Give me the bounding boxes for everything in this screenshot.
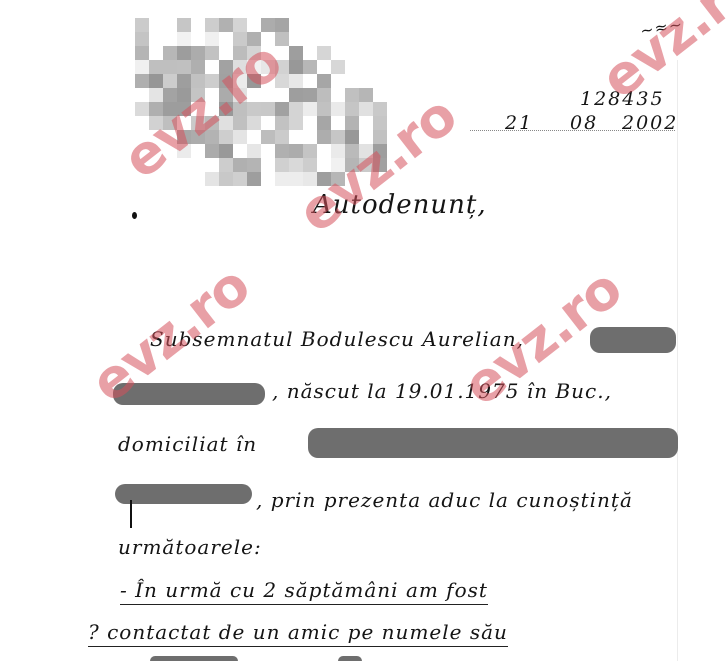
date-month: 08 [570,112,598,134]
pixel-cell [135,32,149,46]
pixel-cell [219,74,233,88]
pixel-cell [275,74,289,88]
pixel-cell [219,130,233,144]
pixel-cell [135,60,149,74]
redaction-name-continuation [590,327,676,353]
pixel-cell [247,144,261,158]
pixel-cell [275,32,289,46]
redaction-address-line-2 [115,484,252,504]
pixel-cell [163,88,177,102]
registration-number: 128435 [580,88,665,110]
pixel-cell [219,60,233,74]
pixel-cell [233,32,247,46]
pixel-cell [205,116,219,130]
pixel-cell [275,60,289,74]
pixel-cell [345,116,359,130]
pixel-cell [303,60,317,74]
pixel-cell [303,158,317,172]
pixel-cell [275,144,289,158]
redaction-bottom-1 [150,656,238,661]
pixel-cell [289,88,303,102]
date-year: 2002 [622,112,678,134]
pixel-cell [373,130,387,144]
pixel-cell [345,102,359,116]
pixel-cell [219,172,233,186]
pixel-cell [317,130,331,144]
pixel-cell [247,46,261,60]
pixel-cell [191,88,205,102]
pixel-cell [373,102,387,116]
pixel-cell [247,116,261,130]
pixel-cell [359,144,373,158]
pixel-cell [275,102,289,116]
pixel-cell [163,74,177,88]
pixel-cell [205,46,219,60]
pixel-cell [163,46,177,60]
pixel-cell [135,46,149,60]
pixelated-redaction-header [135,18,385,188]
pixel-cell [373,158,387,172]
pixel-cell [317,74,331,88]
pixel-cell [303,172,317,186]
pixel-cell [359,88,373,102]
pixel-cell [289,116,303,130]
statement-line-4: , prin prezenta aduc la cunoștință [256,488,633,512]
pixel-cell [261,60,275,74]
pixel-cell [345,158,359,172]
pixel-cell [149,116,163,130]
pixel-cell [331,144,345,158]
pixel-cell [233,18,247,32]
pixel-cell [289,172,303,186]
pixel-cell [135,74,149,88]
pixel-cell [233,102,247,116]
pixel-cell [289,46,303,60]
stamp-scribble: ~≈~ [639,14,685,40]
pixel-cell [205,144,219,158]
ink-dot [132,212,137,219]
pixel-cell [247,74,261,88]
pixel-cell [177,46,191,60]
pixel-cell [219,18,233,32]
pixel-cell [345,144,359,158]
pixel-cell [345,130,359,144]
pixel-cell [219,88,233,102]
pixel-cell [359,158,373,172]
pixel-cell [275,130,289,144]
pixel-cell [247,32,261,46]
pixel-cell [233,74,247,88]
pixel-cell [275,116,289,130]
pixel-cell [261,102,275,116]
pixel-cell [317,172,331,186]
pixel-cell [289,60,303,74]
pixel-cell [191,74,205,88]
pixel-cell [191,130,205,144]
statement-line-7: ? contactat de un amic pe numele său [88,620,508,647]
pixel-cell [317,46,331,60]
pixel-cell [177,18,191,32]
pixel-cell [219,102,233,116]
pixel-cell [191,60,205,74]
pixel-cell [233,116,247,130]
pixel-cell [205,74,219,88]
pixel-cell [149,74,163,88]
statement-line-5: următoarele: [118,535,262,559]
pixel-cell [177,144,191,158]
pixel-cell [331,102,345,116]
pixel-cell [177,130,191,144]
pixel-cell [219,116,233,130]
pixel-cell [163,102,177,116]
pixel-cell [205,32,219,46]
pixel-cell [205,172,219,186]
pixel-cell [275,158,289,172]
pixel-cell [135,18,149,32]
pixel-cell [331,172,345,186]
redaction-name-line-2 [113,383,265,405]
pixel-cell [163,116,177,130]
pixel-cell [191,116,205,130]
pixel-cell [331,158,345,172]
pixel-cell [205,130,219,144]
pixel-cell [149,60,163,74]
pixel-cell [261,130,275,144]
pixel-cell [177,74,191,88]
pixel-cell [303,88,317,102]
pixel-cell [149,88,163,102]
pixel-cell [345,88,359,102]
statement-line-1: Subsemnatul Bodulescu Aurelian, [150,327,524,351]
pixel-cell [289,74,303,88]
pixel-cell [303,144,317,158]
pixel-cell [373,116,387,130]
pixel-cell [233,172,247,186]
pixel-cell [219,158,233,172]
pixel-cell [247,172,261,186]
pixel-cell [191,46,205,60]
pixel-cell [177,88,191,102]
redaction-address-line-1 [308,428,678,458]
pixel-cell [331,130,345,144]
pixel-cell [289,102,303,116]
pixel-cell [289,158,303,172]
pixel-cell [135,102,149,116]
pixel-cell [317,102,331,116]
pixel-cell [359,102,373,116]
pixel-cell [317,116,331,130]
pixel-cell [289,144,303,158]
pixel-cell [275,172,289,186]
paper-edge [677,60,678,661]
statement-line-6: - În urmă cu 2 săptămâni am fost [120,578,488,605]
pixel-cell [177,32,191,46]
date-day: 21 [505,112,533,134]
pixel-cell [303,102,317,116]
pixel-cell [317,88,331,102]
pixel-cell [233,130,247,144]
pixel-cell [163,60,177,74]
statement-line-2: , născut la 19.01.1975 în Buc., [272,379,612,403]
redaction-bottom-2 [338,656,362,661]
document-title: Autodenunț, [313,190,487,220]
pixel-cell [177,60,191,74]
pixel-cell [275,18,289,32]
pixel-cell [373,144,387,158]
pixel-cell [177,102,191,116]
pixel-cell [247,60,261,74]
pixel-cell [247,102,261,116]
statement-line-3: domiciliat în [118,432,257,456]
pixel-cell [233,158,247,172]
pixel-cell [247,158,261,172]
ink-stroke [130,500,132,528]
pixel-cell [331,60,345,74]
pixel-cell [233,46,247,60]
pixel-cell [261,18,275,32]
scanned-document-page: ~≈~ 128435 21 08 2002 Autodenunț, Subsem… [0,0,727,661]
pixel-cell [219,144,233,158]
pixel-cell [233,60,247,74]
pixel-cell [205,18,219,32]
pixel-cell [149,102,163,116]
pixel-cell [233,88,247,102]
